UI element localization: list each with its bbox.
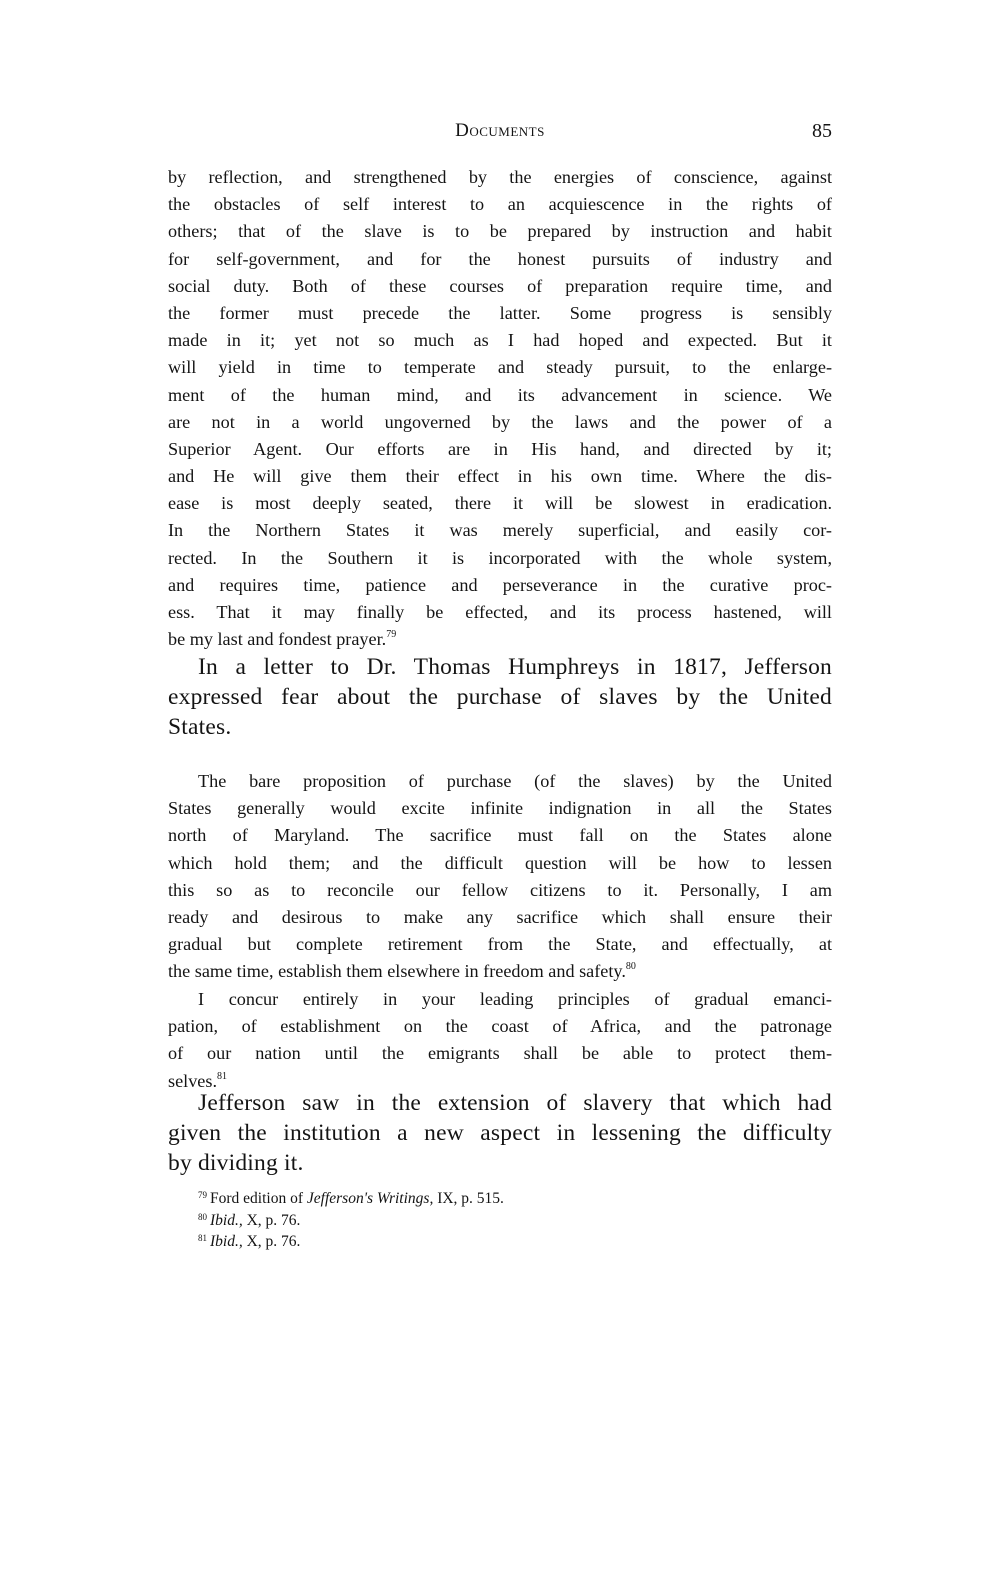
text-line: of our nation until the emigrants shall … bbox=[168, 1040, 832, 1067]
text-line: I concur entirely in your leading princi… bbox=[168, 986, 832, 1013]
commentary-line: Jefferson saw in the extension of slaver… bbox=[168, 1088, 832, 1118]
footnote-number: 80 bbox=[198, 1212, 207, 1222]
footnote-ref-81[interactable]: 81 bbox=[217, 1071, 227, 1082]
text-line: ready and desirous to make any sacrifice… bbox=[168, 904, 832, 931]
footnote-text: Ford edition of bbox=[210, 1190, 307, 1207]
text-line: are not in a world ungoverned by the law… bbox=[168, 409, 832, 436]
text-line: States generally would excite infinite i… bbox=[168, 795, 832, 822]
text-line: gradual but complete retirement from the… bbox=[168, 931, 832, 958]
footnotes: 79Ford edition of Jefferson's Writings, … bbox=[168, 1188, 832, 1253]
commentary-1: In a letter to Dr. Thomas Humphreys in 1… bbox=[168, 652, 832, 742]
text-line-content: be my last and fondest prayer. bbox=[168, 629, 386, 649]
text-line: In the Northern States it was merely sup… bbox=[168, 517, 832, 544]
block-quote-2: The bare proposition of purchase (of the… bbox=[168, 768, 832, 986]
footnote-79: 79Ford edition of Jefferson's Writings, … bbox=[168, 1188, 832, 1210]
commentary-line: given the institution a new aspect in le… bbox=[168, 1118, 832, 1148]
text-line: rected. In the Southern it is incorporat… bbox=[168, 545, 832, 572]
commentary-line: In a letter to Dr. Thomas Humphreys in 1… bbox=[168, 652, 832, 682]
footnote-81: 81Ibid., X, p. 76. bbox=[168, 1231, 832, 1253]
running-head: Documents 85 bbox=[168, 120, 832, 144]
text-line: this so as to reconcile our fellow citiz… bbox=[168, 877, 832, 904]
text-line: and He will give them their effect in hi… bbox=[168, 463, 832, 490]
text-line: The bare proposition of purchase (of the… bbox=[168, 768, 832, 795]
text-line: Superior Agent. Our efforts are in His h… bbox=[168, 436, 832, 463]
text-line: north of Maryland. The sacrifice must fa… bbox=[168, 822, 832, 849]
block-quote-1: by reflection, and strengthened by the e… bbox=[168, 164, 832, 653]
footnote-text: X, p. 76. bbox=[243, 1212, 301, 1229]
text-line: social duty. Both of these courses of pr… bbox=[168, 273, 832, 300]
text-line: which hold them; and the difficult quest… bbox=[168, 850, 832, 877]
text-line: the obstacles of self interest to an acq… bbox=[168, 191, 832, 218]
text-line: the same time, establish them elsewhere … bbox=[168, 958, 832, 985]
text-line: ment of the human mind, and its advancem… bbox=[168, 382, 832, 409]
text-line: be my last and fondest prayer.79 bbox=[168, 626, 832, 653]
footnote-text: X, p. 76. bbox=[243, 1233, 301, 1250]
page-number: 85 bbox=[812, 120, 832, 143]
text-line: by reflection, and strengthened by the e… bbox=[168, 164, 832, 191]
block-quote-3: I concur entirely in your leading princi… bbox=[168, 986, 832, 1095]
commentary-2: Jefferson saw in the extension of slaver… bbox=[168, 1088, 832, 1178]
text-line: for self-government, and for the honest … bbox=[168, 246, 832, 273]
text-line: others; that of the slave is to be prepa… bbox=[168, 218, 832, 245]
footnote-ref-80[interactable]: 80 bbox=[626, 961, 636, 972]
text-line: pation, of establishment on the coast of… bbox=[168, 1013, 832, 1040]
footnote-80: 80Ibid., X, p. 76. bbox=[168, 1210, 832, 1232]
running-title: Documents bbox=[168, 120, 832, 142]
text-line: ess. That it may finally be effected, an… bbox=[168, 599, 832, 626]
commentary-line: by dividing it. bbox=[168, 1148, 832, 1178]
text-line: ease is most deeply seated, there it wil… bbox=[168, 490, 832, 517]
footnote-number: 79 bbox=[198, 1190, 207, 1200]
footnote-title: Ibid., bbox=[210, 1212, 243, 1229]
text-line: made in it; yet not so much as I had hop… bbox=[168, 327, 832, 354]
footnote-text: IX, p. 515. bbox=[433, 1190, 504, 1207]
footnote-title: Jefferson's Writings, bbox=[307, 1190, 433, 1207]
footnote-number: 81 bbox=[198, 1233, 207, 1243]
footnote-ref-79[interactable]: 79 bbox=[386, 629, 396, 640]
commentary-line: expressed fear about the purchase of sla… bbox=[168, 682, 832, 712]
text-line: and requires time, patience and persever… bbox=[168, 572, 832, 599]
text-line: the former must precede the latter. Some… bbox=[168, 300, 832, 327]
commentary-line: States. bbox=[168, 712, 832, 742]
text-line: will yield in time to temperate and stea… bbox=[168, 354, 832, 381]
text-line-content: the same time, establish them elsewhere … bbox=[168, 961, 626, 981]
footnote-title: Ibid., bbox=[210, 1233, 243, 1250]
